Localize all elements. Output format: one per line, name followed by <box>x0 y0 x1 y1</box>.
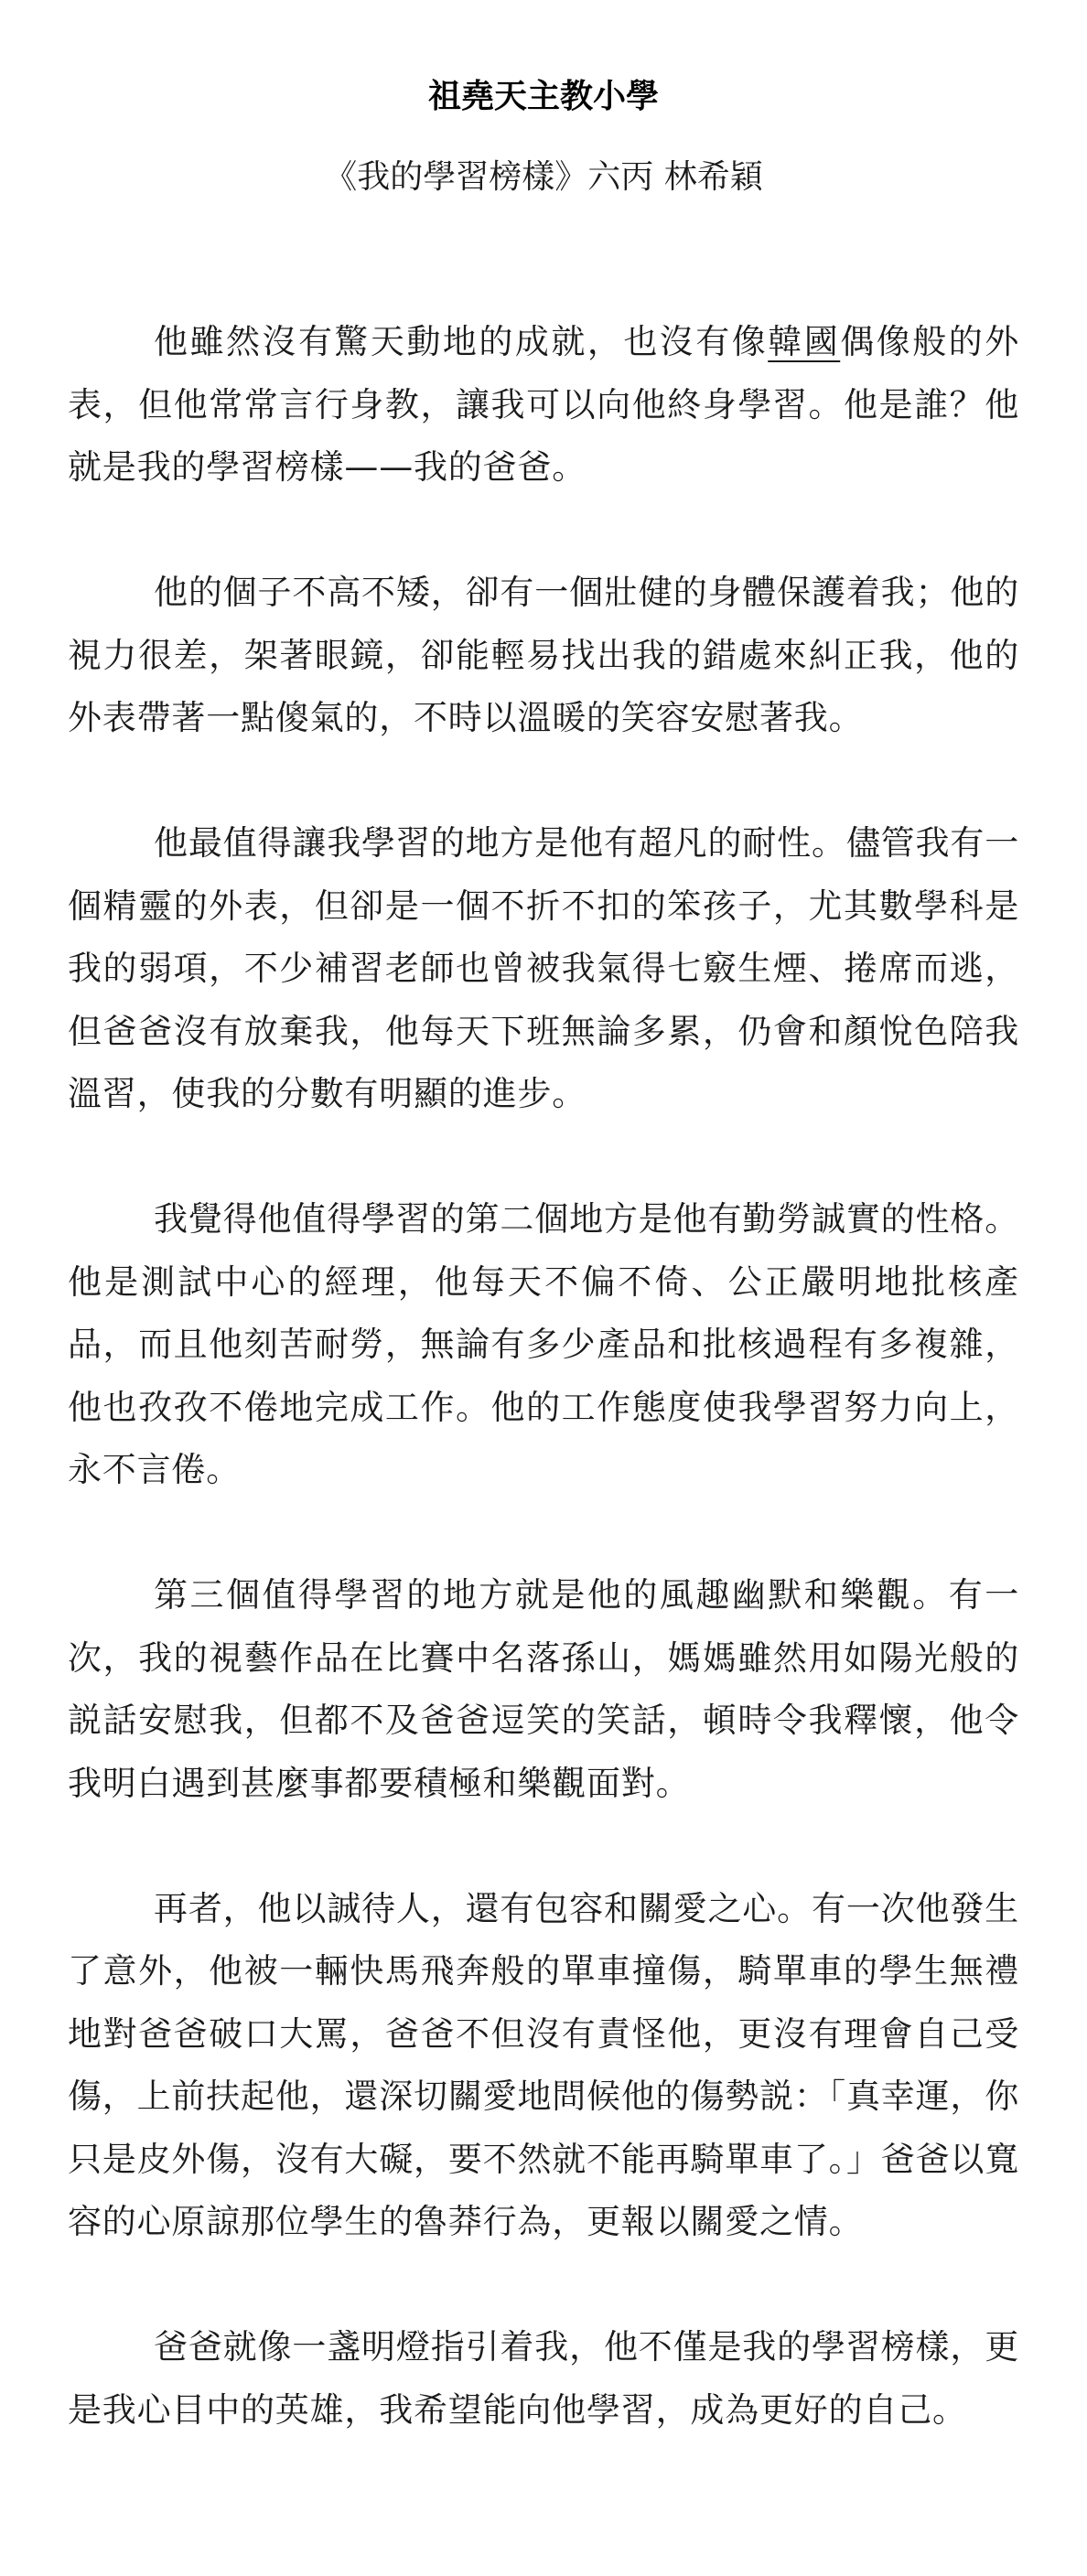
school-title: 祖堯天主教小學 <box>0 73 1087 121</box>
essay-body: 他雖然沒有驚天動地的成就，也沒有像韓國偶像般的外表，但他常常言行身教，讓我可以向… <box>68 311 1019 2505</box>
paragraph-5: 第三個值得學習的地方就是他的風趣幽默和樂觀。有一次，我的視藝作品在比賽中名落孫山… <box>68 1564 1019 1815</box>
paragraph-1: 他雖然沒有驚天動地的成就，也沒有像韓國偶像般的外表，但他常常言行身教，讓我可以向… <box>68 311 1019 499</box>
paragraph-2: 他的個子不高不矮，卻有一個壯健的身體保護着我；他的視力很差，架著眼鏡，卻能輕易找… <box>68 562 1019 750</box>
paragraph-3: 他最值得讓我學習的地方是他有超凡的耐性。儘管我有一個精靈的外表，但卻是一個不折不… <box>68 812 1019 1126</box>
paragraph-4: 我覺得他值得學習的第二個地方是他有勤勞誠實的性格。他是測試中心的經理，他每天不偏… <box>68 1188 1019 1502</box>
essay-title-and-author: 《我的學習榜樣》六丙 林希穎 <box>0 152 1087 203</box>
paragraph-1-text-a: 他雖然沒有驚天動地的成就，也沒有像 <box>154 322 768 361</box>
underlined-word: 韓國 <box>768 322 840 361</box>
paragraph-6: 再者，他以誠待人，還有包容和關愛之心。有一次他發生了意外，他被一輛快馬飛奔般的單… <box>68 1878 1019 2254</box>
paragraph-7: 爸爸就像一盞明燈指引着我，他不僅是我的學習榜樣，更是我心目中的英雄，我希望能向他… <box>68 2316 1019 2442</box>
